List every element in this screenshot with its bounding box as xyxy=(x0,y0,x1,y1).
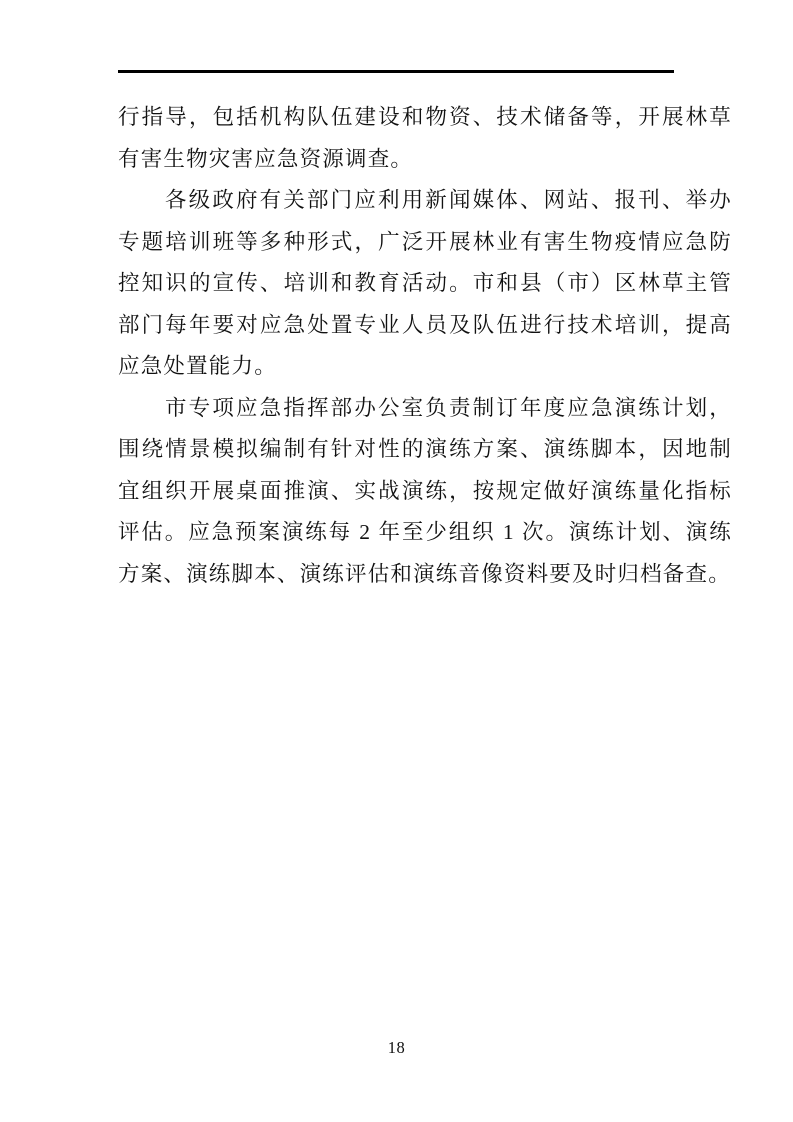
body-line: 市专项应急指挥部办公室负责制订年度应急演练计划， xyxy=(118,388,732,430)
body-line: 方案、演练脚本、演练评估和演练音像资料要及时归档备查。 xyxy=(118,554,732,596)
body-line: 应急处置能力。 xyxy=(118,346,732,388)
body-text: 行指导，包括机构队伍建设和物资、技术储备等，开展林草 有害生物灾害应急资源调查。… xyxy=(118,97,732,595)
body-line: 宜组织开展桌面推演、实战演练，按规定做好演练量化指标 xyxy=(118,471,732,513)
body-line: 各级政府有关部门应利用新闻媒体、网站、报刊、举办 xyxy=(118,180,732,222)
body-line: 部门每年要对应急处置专业人员及队伍进行技术培训，提高 xyxy=(118,305,732,347)
header-rule xyxy=(118,70,674,73)
body-line: 围绕情景模拟编制有针对性的演练方案、演练脚本，因地制 xyxy=(118,429,732,471)
page-number: 18 xyxy=(0,1038,793,1058)
body-line: 专题培训班等多种形式，广泛开展林业有害生物疫情应急防 xyxy=(118,222,732,264)
body-line: 控知识的宣传、培训和教育活动。市和县（市）区林草主管 xyxy=(118,263,732,305)
document-page: 行指导，包括机构队伍建设和物资、技术储备等，开展林草 有害生物灾害应急资源调查。… xyxy=(0,0,793,1122)
body-line: 行指导，包括机构队伍建设和物资、技术储备等，开展林草 xyxy=(118,97,732,139)
body-line: 评估。应急预案演练每 2 年至少组织 1 次。演练计划、演练 xyxy=(118,512,732,554)
body-line: 有害生物灾害应急资源调查。 xyxy=(118,139,732,181)
